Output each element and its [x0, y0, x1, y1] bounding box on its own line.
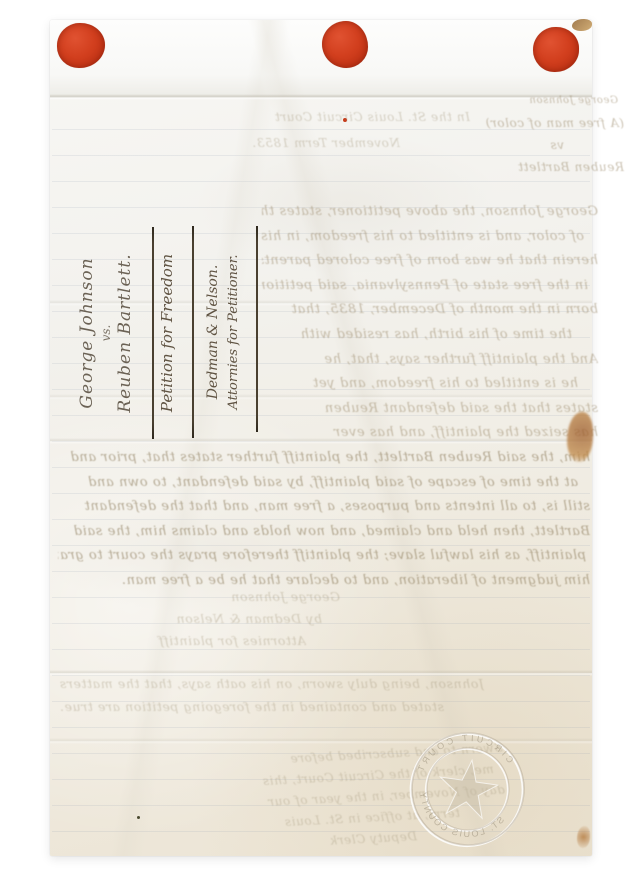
docket-versus: vs.	[99, 227, 113, 439]
docket-rule-2	[192, 226, 194, 438]
bleedthrough-body-lower: him, the said Reuben Bartlett, the plain…	[58, 446, 590, 594]
embossed-county-seal: CIRCUIT COURT ST. LOUIS COUNTY	[405, 726, 531, 852]
wax-seal-center	[322, 21, 368, 68]
docket-attorneys-role: Attornies for Petitioner.	[224, 229, 244, 435]
docket-plaintiff-name: George Johnson	[75, 227, 99, 439]
seal-star-icon	[436, 756, 501, 820]
docket-rule-1	[152, 227, 154, 439]
paper-sheet: In the St. Louis Circuit Court November …	[50, 20, 592, 856]
docket-rule-3	[256, 226, 258, 432]
docket-case-caption: George Johnson vs. Reuben Bartlett.	[75, 227, 149, 439]
docket-title: Petition for Freedom	[158, 231, 186, 435]
ink-speck	[137, 816, 140, 819]
scanned-document-page: In the St. Louis Circuit Court November …	[0, 0, 640, 892]
bleedthrough-affidavit: Johnson, being duly sworn, on his oath s…	[56, 672, 484, 718]
docket-defendant-name: Reuben Bartlett.	[113, 227, 137, 439]
bleedthrough-header-court: In the St. Louis Circuit Court November …	[170, 104, 470, 156]
docket-attorneys-names: Dedman & Nelson.	[203, 229, 224, 435]
paper-top-fold	[50, 20, 592, 98]
bleedthrough-body-upper: George Johnson, the above petitioner, st…	[262, 200, 598, 446]
docket-attorneys: Dedman & Nelson. Attornies for Petitione…	[203, 229, 245, 435]
wax-seal-right	[533, 27, 579, 72]
bleedthrough-header-caption: George Johnson (A free man of color) vs …	[428, 90, 624, 178]
bleedthrough-signature: George Johnson by Dedman & Nelson Attorn…	[150, 586, 340, 652]
